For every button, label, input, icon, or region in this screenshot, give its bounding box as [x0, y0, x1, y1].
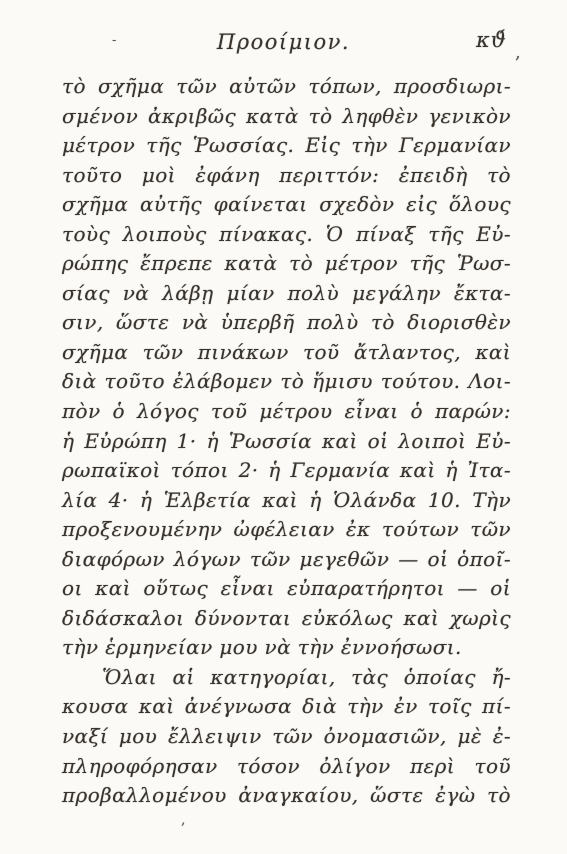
text-line: διὰ τοῦτο ἐλάβομεν τὸ ἥμισυ τούτου. Λοι-	[62, 367, 511, 397]
text-line: διδάσκαλοι δύνονται εὐκόλως καὶ χωρὶς	[62, 604, 511, 634]
text-line: τὴν ἑρμηνείαν μου νὰ τὴν ἐννοήσωσι.	[62, 633, 511, 663]
text-line: σίας νὰ λάβῃ μίαν πολὺ μεγάλην ἔκτα-	[62, 279, 511, 309]
text-line: μέτρον τῆς Ῥωσσίας. Εἰς τὴν Γερμανίαν	[62, 131, 511, 161]
text-line: κουσα καὶ ἀνέγνωσα διὰ τὴν ἐν τοῖς πί-	[62, 692, 511, 722]
page-number: κϑ́	[476, 28, 507, 52]
text-line: λία 4· ἡ Ἑλβετία καὶ ἡ Ὁλάνδα 10. Τὴν	[62, 486, 511, 516]
text-line: τοὺς λοιποὺς πίνακας. Ὁ πίναξ τῆς Εὐ-	[62, 220, 511, 250]
body-text: τὸ σχῆμα τῶν αὐτῶν τόπων, προσδιωρι-σμέν…	[62, 72, 511, 811]
ink-speck: -	[112, 33, 116, 48]
text-line: ἡ Εὐρώπη 1· ἡ Ῥωσσία καὶ οἱ λοιποὶ Εὐ-	[62, 427, 511, 457]
text-line: σχῆμα αὐτῆς φαίνεται σχεδὸν εἰς ὅλους	[62, 190, 511, 220]
text-line: Ὅλαι αἱ κατηγορίαι, τὰς ὁποίας ἤ-	[62, 663, 511, 693]
text-line: τοῦτο μοὶ ἐφάνη περιττόν: ἐπειδὴ τὸ	[62, 161, 511, 191]
text-line: ναξί μου ἔλλειψιν τῶν ὀνομασιῶν, μὲ ἐ-	[62, 722, 511, 752]
text-line: διαφόρων λόγων τῶν μεγεθῶν — οἱ ὁποῖ-	[62, 545, 511, 575]
text-line: προξενουμένην ὠφέλειαν ἐκ τούτων τῶν	[62, 515, 511, 545]
text-line: πὸν ὁ λόγος τοῦ μέτρου εἶναι ὁ παρών:	[62, 397, 511, 427]
text-line: προβαλλομένου ἀναγκαίου, ὥστε ἐγὼ τὸ	[62, 781, 511, 811]
text-line: σμένον ἀκριβῶς κατὰ τὸ ληφθὲν γενικὸν	[62, 102, 511, 132]
ink-speck: ,	[515, 42, 521, 63]
text-line: ρωπαϊκοὶ τόποι 2· ἡ Γερμανία καὶ ἡ Ἰτα-	[62, 456, 511, 486]
text-line: σχῆμα τῶν πινάκων τοῦ ἄτλαντος, καὶ	[62, 338, 511, 368]
book-page: Προοίμιον. κϑ́ τὸ σχῆμα τῶν αὐτῶν τόπων,…	[0, 0, 567, 854]
text-line: σιν, ὥστε νὰ ὑπερβῆ πολὺ τὸ διορισθὲν	[62, 308, 511, 338]
text-line: τὸ σχῆμα τῶν αὐτῶν τόπων, προσδιωρι-	[62, 72, 511, 102]
text-line: ρώπης ἔπρεπε κατὰ τὸ μέτρον τῆς Ῥωσ-	[62, 249, 511, 279]
text-line: πληροφόρησαν τόσον ὀλίγον περὶ τοῦ	[62, 752, 511, 782]
ink-speck: ,	[181, 812, 185, 828]
text-line: οι καὶ οὕτως εἶναι εὐπαρατήρητοι — οἱ	[62, 574, 511, 604]
